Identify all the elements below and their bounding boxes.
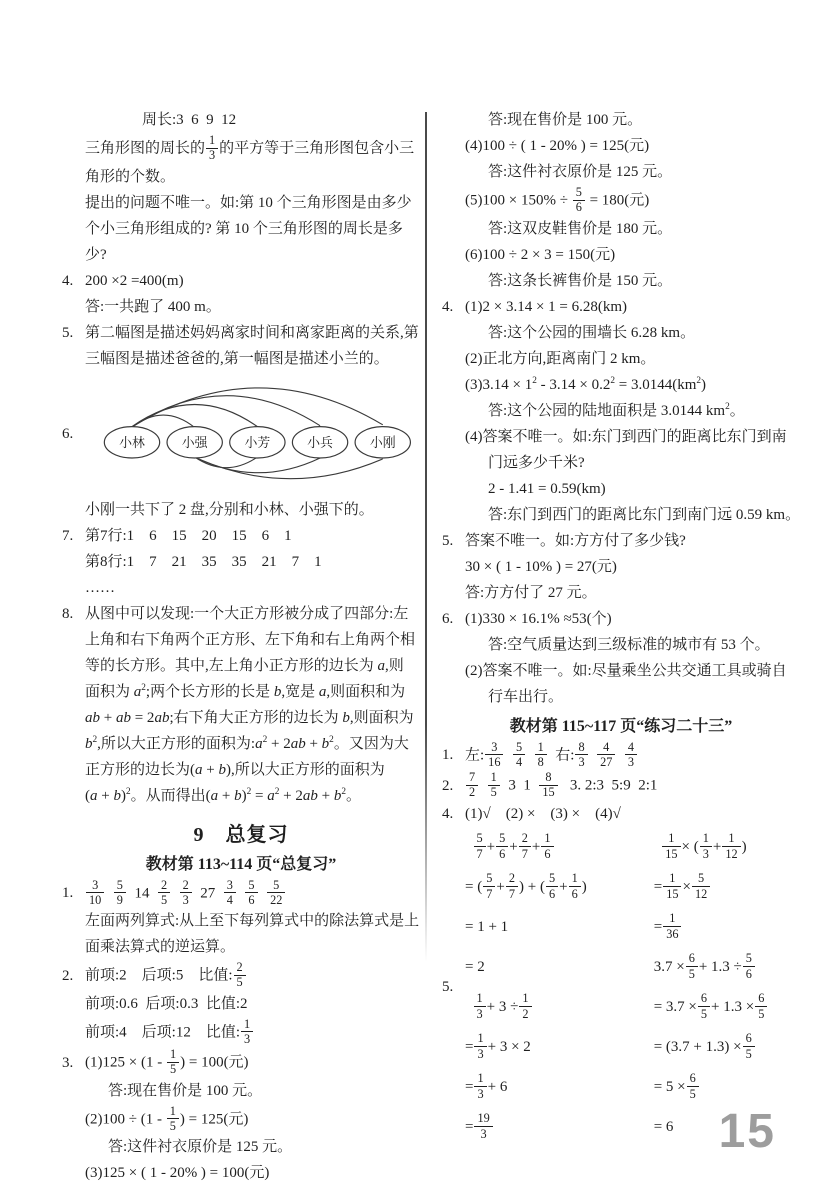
- fraction: 13: [473, 1071, 487, 1102]
- text-line: 答:这个公园的围墙长 6.28 km。: [440, 321, 802, 347]
- line-text: (6)100 ÷ 2 × 3 = 150(元): [465, 246, 615, 266]
- text-line: 2 - 1.41 = 0.59(km): [440, 477, 802, 503]
- text-line: 答:一共跑了 400 m。: [60, 295, 422, 321]
- problem-line: 1.310 59 14 25 23 27 34 56 522: [60, 879, 422, 910]
- problem-line: 3.(1)125 × (1 - 15) = 100(元): [60, 1048, 422, 1079]
- problem-line: 8.从图中可以发现:一个大正方形被分成了四部分:左: [60, 602, 422, 628]
- fraction: 25: [157, 878, 171, 909]
- fraction: 56: [495, 831, 509, 862]
- problem-number: 8.: [62, 605, 85, 625]
- equation-line: 13 + 3 ÷ 12: [465, 988, 654, 1028]
- problem-line: 2.前项:2 后项:5 比值:25: [60, 961, 422, 992]
- subsection-heading: 教材第 115~117 页“练习二十三”: [440, 713, 802, 736]
- line-text: 从图中可以发现:一个大正方形被分成了四部分:左: [85, 605, 408, 625]
- line-text: 上角和右下角两个正方形、左下角和右上角两个相: [85, 631, 415, 651]
- fraction: 13: [205, 133, 219, 164]
- problem-line: 4.200 ×2 =400(m): [60, 269, 422, 295]
- problem-number: 6.: [62, 425, 85, 445]
- line-text: (1)2 × 3.14 × 1 = 6.28(km): [465, 298, 627, 318]
- diagram-svg: 小林小强小芳小兵小刚: [85, 375, 415, 493]
- text-line: 少?: [60, 243, 422, 269]
- text-line: 面乘法算式的逆运算。: [60, 935, 422, 961]
- line-text: ab + ab = 2ab;右下角大正方形的边长为 b,则面积为: [85, 709, 414, 729]
- text-line: 30 × ( 1 - 10% ) = 27(元): [440, 555, 802, 581]
- line-text: 小刚一共下了 2 盘,分别和小林、小强下的。: [85, 501, 374, 521]
- problem-line: 4.(1)√ (2) × (3) × (4)√: [440, 802, 802, 828]
- text-line: 等的长方形。其中,左上角小正方形的边长为 a,则: [60, 654, 422, 680]
- problem-line: 5.答案不唯一。如:方方付了多少钱?: [440, 529, 802, 555]
- equation-line: = 136: [654, 908, 802, 948]
- problem-line: 1.左:316 54 18 右:83 427 43: [440, 741, 802, 772]
- fraction: 65: [697, 991, 711, 1022]
- text-line: 答:这件衬衣原价是 125 元。: [440, 160, 802, 186]
- line-text: 答案不唯一。如:方方付了多少钱?: [465, 532, 686, 552]
- line-text: 三角形图的周长的13的平方等于三角形图包含小三: [85, 134, 414, 165]
- line-text: (2)正北方向,距离南门 2 km。: [465, 350, 655, 370]
- line-text: 左:316 54 18 右:83 427 43: [465, 741, 638, 772]
- equation-line: 57 + 56 + 27 + 16: [465, 828, 654, 868]
- line-text: 少?: [85, 246, 107, 266]
- fraction: 13: [473, 991, 487, 1022]
- line-text: 答:一共跑了 400 m。: [85, 298, 221, 318]
- text-line: (5)100 × 150% ÷ 56 = 180(元): [440, 186, 802, 217]
- fraction: 65: [742, 1031, 756, 1062]
- line-text: 答:空气质量达到三级标准的城市有 53 个。: [488, 636, 770, 656]
- text-line: 小刚一共下了 2 盘,分别和小林、小强下的。: [60, 498, 422, 524]
- text-line: 上角和右下角两个正方形、左下角和右上角两个相: [60, 628, 422, 654]
- line-text: 答:东门到西门的距离比东门到南门远 0.59 km。: [488, 506, 800, 526]
- left-column: 周长:3 6 9 12三角形图的周长的13的平方等于三角形图包含小三角形的个数。…: [60, 108, 422, 1188]
- fraction: 13: [240, 1017, 254, 1048]
- line-text: 角形的个数。: [85, 168, 175, 188]
- fraction: 115: [661, 831, 681, 862]
- fraction: 27: [518, 831, 532, 862]
- text-line: (3)125 × ( 1 - 20% ) = 100(元): [60, 1161, 422, 1187]
- problem-number: 5.: [442, 978, 465, 998]
- line-text: 面积为 a2;两个长方形的长是 b,宽是 a,则面积和为: [85, 683, 405, 703]
- line-text: 答:这件衬衣原价是 125 元。: [488, 163, 672, 183]
- equation-line: 115 × (13 + 112): [654, 828, 802, 868]
- text-line: (2)正北方向,距离南门 2 km。: [440, 347, 802, 373]
- problem-number: 5.: [62, 324, 85, 344]
- fraction: 15: [166, 1047, 180, 1078]
- line-text: (a + b)2。从而得出(a + b)2 = a2 + 2ab + b2。: [85, 787, 361, 807]
- line-text: 个小三角形组成的? 第 10 个三角形图的周长是多: [85, 220, 403, 240]
- problem-line: 5. 57 + 56 + 27 + 16= (57 + 27) + (56 + …: [440, 828, 802, 1148]
- line-text: 答:这个公园的陆地面积是 3.0144 km2。: [488, 402, 745, 422]
- problem-number: 2.: [442, 777, 465, 797]
- line-text: 面乘法算式的逆运算。: [85, 938, 235, 958]
- text-line: 答:这件衬衣原价是 125 元。: [60, 1135, 422, 1161]
- text-line: 第8行:1 7 21 35 35 21 7 1: [60, 550, 422, 576]
- line-text: 答:现在售价是 100 元。: [108, 1082, 262, 1102]
- problem-line: 7.第7行:1 6 15 20 15 6 1: [60, 524, 422, 550]
- fraction: 59: [113, 878, 127, 909]
- text-line: ……: [60, 576, 422, 602]
- fraction: 83: [574, 740, 588, 771]
- problem-line: 6.(1)330 × 16.1% ≈53(个): [440, 607, 802, 633]
- text-line: 答:方方付了 27 元。: [440, 581, 802, 607]
- fraction: 43: [624, 740, 638, 771]
- equation-line: = 1 + 1: [465, 908, 654, 948]
- fraction: 193: [473, 1111, 493, 1142]
- fraction: 56: [572, 185, 586, 216]
- fraction: 427: [596, 740, 616, 771]
- line-text: 前项:0.6 后项:0.3 比值:2: [85, 995, 248, 1015]
- line-text: 200 ×2 =400(m): [85, 272, 184, 292]
- line-text: 等的长方形。其中,左上角小正方形的边长为 a,则: [85, 657, 404, 677]
- line-text: 72 15 3 1 815 3. 2:3 5:9 2:1: [465, 771, 657, 802]
- fraction: 18: [534, 740, 548, 771]
- text-line: (2)100 ÷ (1 - 15) = 125(元): [60, 1105, 422, 1136]
- fraction: 57: [473, 831, 487, 862]
- problem-number: 6.: [442, 610, 465, 630]
- line-text: 前项:4 后项:12 比值:13: [85, 1018, 254, 1049]
- text-line: 三角形图的周长的13的平方等于三角形图包含小三: [60, 134, 422, 165]
- fraction: 316: [484, 740, 504, 771]
- player-name: 小刚: [370, 434, 396, 449]
- line-text: 答:这个公园的围墙长 6.28 km。: [488, 324, 695, 344]
- line-text: 第二幅图是描述妈妈离家时间和离家距离的关系,第: [85, 324, 419, 344]
- line-text: 提出的问题不唯一。如:第 10 个三角形图是由多少: [85, 194, 412, 214]
- line-text: 答:现在售价是 100 元。: [488, 111, 642, 131]
- text-line: 提出的问题不唯一。如:第 10 个三角形图是由多少: [60, 191, 422, 217]
- problem-line: 6.小林小强小芳小兵小刚: [60, 373, 422, 498]
- player-name: 小林: [119, 434, 145, 449]
- problem-line: 4.(1)2 × 3.14 × 1 = 6.28(km): [440, 295, 802, 321]
- fraction: 56: [545, 871, 559, 902]
- text-line: 答:现在售价是 100 元。: [60, 1079, 422, 1105]
- textbook-answer-page: 周长:3 6 9 12三角形图的周长的13的平方等于三角形图包含小三角形的个数。…: [0, 0, 816, 1204]
- fraction: 13: [699, 831, 713, 862]
- text-line: 答:现在售价是 100 元。: [440, 108, 802, 134]
- fraction: 56: [244, 878, 258, 909]
- text-line: 个小三角形组成的? 第 10 个三角形图的周长是多: [60, 217, 422, 243]
- line-text: (1)√ (2) × (3) × (4)√: [465, 805, 621, 825]
- section-heading: 9 总复习: [60, 818, 422, 847]
- fraction: 310: [85, 878, 105, 909]
- line-text: 答:这双皮鞋售价是 180 元。: [488, 220, 672, 240]
- equation-line: = 13 + 6: [465, 1068, 654, 1108]
- line-text: 答:方方付了 27 元。: [465, 584, 597, 604]
- column-divider: [425, 112, 427, 962]
- line-text: 第7行:1 6 15 20 15 6 1: [85, 527, 292, 547]
- problem-number: 5.: [442, 532, 465, 552]
- text-line: 答:空气质量达到三级标准的城市有 53 个。: [440, 633, 802, 659]
- problem-line: 2.72 15 3 1 815 3. 2:3 5:9 2:1: [440, 771, 802, 802]
- fraction: 12: [518, 991, 532, 1022]
- fraction: 512: [691, 871, 711, 902]
- problem-number: 1.: [62, 884, 85, 904]
- line-text: 答:这条长裤售价是 150 元。: [488, 272, 672, 292]
- subsection-heading: 教材第 113~114 页“总复习”: [60, 851, 422, 874]
- problem-number: 1.: [442, 746, 465, 766]
- text-line: 面积为 a2;两个长方形的长是 b,宽是 a,则面积和为: [60, 680, 422, 706]
- text-line: 前项:0.6 后项:0.3 比值:2: [60, 992, 422, 1018]
- twin-equation-block: 57 + 56 + 27 + 16= (57 + 27) + (56 + 16)…: [465, 828, 802, 1148]
- text-line: 答:这个公园的陆地面积是 3.0144 km2。: [440, 399, 802, 425]
- line-text: 前项:2 后项:5 比值:25: [85, 961, 247, 992]
- line-text: 30 × ( 1 - 10% ) = 27(元): [465, 558, 617, 578]
- text-line: 角形的个数。: [60, 165, 422, 191]
- fraction: 65: [686, 1071, 700, 1102]
- line-text: (2)100 ÷ (1 - 15) = 125(元): [85, 1105, 248, 1136]
- line-text: (4)答案不唯一。如:东门到西门的距离比东门到南: [465, 428, 787, 448]
- fraction: 16: [568, 871, 582, 902]
- equation-line: = 3.7 × 65 + 1.3 × 65: [654, 988, 802, 1028]
- line-text: 答:这件衬衣原价是 125 元。: [108, 1138, 292, 1158]
- text-line: 左面两列算式:从上至下每列算式中的除法算式是上: [60, 909, 422, 935]
- equation-line: = 2: [465, 948, 654, 988]
- line-text: (3)125 × ( 1 - 20% ) = 100(元): [85, 1164, 269, 1184]
- fraction: 522: [266, 878, 286, 909]
- player-name: 小芳: [244, 435, 270, 449]
- line-text: 周长:3 6 9 12: [142, 111, 236, 131]
- equation-line: = (57 + 27) + (56 + 16): [465, 868, 654, 908]
- equation-subcolumn: 57 + 56 + 27 + 16= (57 + 27) + (56 + 16)…: [465, 828, 654, 1148]
- fraction: 115: [662, 871, 682, 902]
- line-text: 310 59 14 25 23 27 34 56 522: [85, 879, 286, 910]
- text-line: 周长:3 6 9 12: [60, 108, 422, 134]
- problem-line: 5.第二幅图是描述妈妈离家时间和离家距离的关系,第: [60, 321, 422, 347]
- text-line: (4)100 ÷ ( 1 - 20% ) = 125(元): [440, 134, 802, 160]
- fraction: 65: [754, 991, 768, 1022]
- fraction: 72: [465, 770, 479, 801]
- text-line: 正方形的边长为(a + b),所以大正方形的面积为: [60, 758, 422, 784]
- line-text: (1)330 × 16.1% ≈53(个): [465, 610, 612, 630]
- line-text: b2,所以大正方形的面积为:a2 + 2ab + b2。又因为大: [85, 735, 409, 755]
- line-text: (5)100 × 150% ÷ 56 = 180(元): [465, 186, 649, 217]
- text-line: 答:东门到西门的距离比东门到南门远 0.59 km。: [440, 503, 802, 529]
- fraction: 15: [166, 1104, 180, 1135]
- line-text: 第8行:1 7 21 35 35 21 7 1: [85, 553, 322, 573]
- equation-line: = 193: [465, 1108, 654, 1148]
- page-number: 15: [719, 1108, 776, 1156]
- text-line: 三幅图是描述爸爸的,第一幅图是描述小兰的。: [60, 347, 422, 373]
- line-text: (1)125 × (1 - 15) = 100(元): [85, 1048, 249, 1079]
- equation-subcolumn: 115 × (13 + 112)= 115 × 512= 1363.7 × 65…: [654, 828, 802, 1148]
- equation-line: = (3.7 + 1.3) × 65: [654, 1028, 802, 1068]
- line-text: 门远多少千米?: [488, 454, 585, 474]
- text-line: (2)答案不唯一。如:尽量乘坐公共交通工具或骑自: [440, 659, 802, 685]
- text-line: 门远多少千米?: [440, 451, 802, 477]
- problem-number: 4.: [442, 298, 465, 318]
- line-text: 三幅图是描述爸爸的,第一幅图是描述小兰的。: [85, 350, 389, 370]
- chess-games-diagram: 小林小强小芳小兵小刚: [85, 373, 415, 498]
- line-text: (2)答案不唯一。如:尽量乘坐公共交通工具或骑自: [465, 662, 787, 682]
- fraction: 112: [721, 831, 741, 862]
- text-line: (3)3.14 × 12 - 3.14 × 0.22 = 3.0144(km2): [440, 373, 802, 399]
- text-line: 答:这条长裤售价是 150 元。: [440, 269, 802, 295]
- right-column: 答:现在售价是 100 元。(4)100 ÷ ( 1 - 20% ) = 125…: [440, 108, 802, 1198]
- line-text: ……: [85, 579, 115, 599]
- player-name: 小强: [182, 435, 209, 449]
- line-text: 2 - 1.41 = 0.59(km): [488, 480, 606, 500]
- problem-number: 7.: [62, 527, 85, 547]
- problem-number: 4.: [62, 272, 85, 292]
- equation-line: = 115 × 512: [654, 868, 802, 908]
- fraction: 34: [223, 878, 237, 909]
- text-line: ab + ab = 2ab;右下角大正方形的边长为 b,则面积为: [60, 706, 422, 732]
- fraction: 136: [662, 911, 682, 942]
- problem-number: 4.: [442, 805, 465, 825]
- fraction: 15: [487, 770, 501, 801]
- fraction: 25: [233, 960, 247, 991]
- line-text: (4)100 ÷ ( 1 - 20% ) = 125(元): [465, 137, 649, 157]
- text-line: b2,所以大正方形的面积为:a2 + 2ab + b2。又因为大: [60, 732, 422, 758]
- text-line: (6)100 ÷ 2 × 3 = 150(元): [440, 243, 802, 269]
- fraction: 56: [742, 951, 756, 982]
- equation-line: = 5 × 65: [654, 1068, 802, 1108]
- fraction: 54: [512, 740, 526, 771]
- text-line: (a + b)2。从而得出(a + b)2 = a2 + 2ab + b2。: [60, 784, 422, 810]
- fraction: 23: [179, 878, 193, 909]
- fraction: 16: [540, 831, 554, 862]
- line-text: 左面两列算式:从上至下每列算式中的除法算式是上: [85, 912, 419, 932]
- text-line: (4)答案不唯一。如:东门到西门的距离比东门到南: [440, 425, 802, 451]
- line-text: 行车出行。: [488, 688, 563, 708]
- player-name: 小兵: [307, 435, 333, 449]
- fraction: 27: [505, 871, 519, 902]
- line-text: (3)3.14 × 12 - 3.14 × 0.22 = 3.0144(km2): [465, 376, 706, 396]
- text-line: 行车出行。: [440, 685, 802, 711]
- line-text: 正方形的边长为(a + b),所以大正方形的面积为: [85, 761, 385, 781]
- text-line: 答:这双皮鞋售价是 180 元。: [440, 217, 802, 243]
- fraction: 13: [473, 1031, 487, 1062]
- equation-line: 3.7 × 65 + 1.3 ÷ 56: [654, 948, 802, 988]
- equation-line: = 13 + 3 × 2: [465, 1028, 654, 1068]
- problem-number: 3.: [62, 1054, 85, 1074]
- fraction: 65: [685, 951, 699, 982]
- fraction: 815: [538, 770, 558, 801]
- problem-number: 2.: [62, 967, 85, 987]
- text-line: 前项:4 后项:12 比值:13: [60, 1018, 422, 1049]
- fraction: 57: [482, 871, 496, 902]
